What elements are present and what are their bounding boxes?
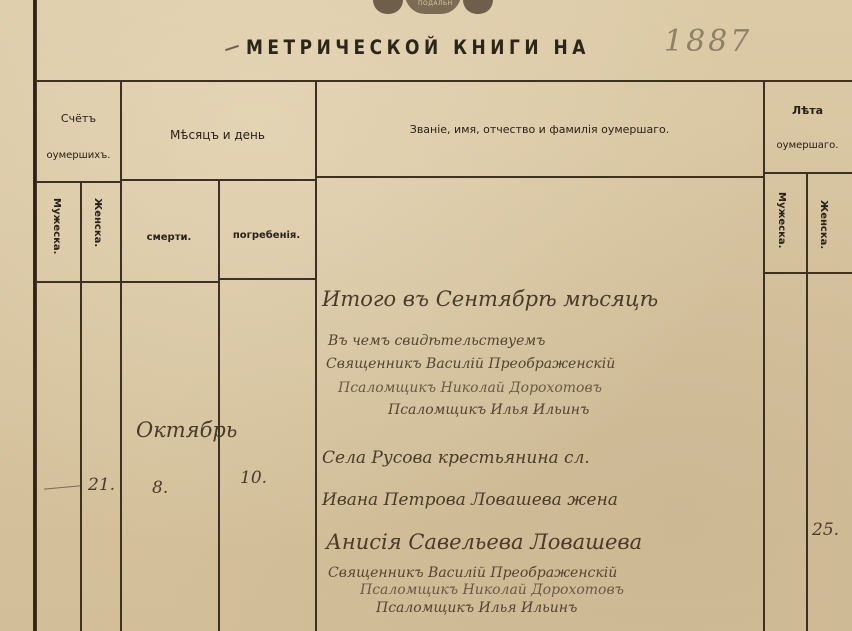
header-death: смерти. <box>120 232 218 243</box>
header-count-line1: Счётъ <box>37 112 120 125</box>
header-age-line2: оумершаго. <box>763 140 852 151</box>
column-divider <box>218 179 220 631</box>
header-count-male: Мужеска. <box>51 198 62 254</box>
emblem-icon <box>463 0 493 14</box>
margin-pen-mark <box>44 485 80 489</box>
header-bottom-rule <box>220 278 316 280</box>
signature-line: Священникъ Василій Преображенскій <box>328 565 617 581</box>
header-age-female: Женска. <box>818 200 829 249</box>
pen-mark <box>225 45 239 51</box>
page-title: МЕТРИЧЕСКОЙ КНИГИ НА <box>246 37 590 60</box>
column-divider <box>315 81 317 631</box>
header-bottom-rule <box>763 272 852 274</box>
signature-line: Псаломщикъ Николай Дорохотовъ <box>360 582 624 598</box>
header-split-rule <box>763 172 852 174</box>
header-age-line1: Лѣта <box>763 104 852 117</box>
entry-line: Ивана Петрова Ловашева жена <box>322 490 618 510</box>
register-page: ПОДАЛЬН МЕТРИЧЕСКОЙ КНИГИ НА 1887 Счётъ … <box>0 0 852 631</box>
emblem-icon <box>373 0 403 14</box>
entry-deceased-name: Анисія Савельева Ловашева <box>326 530 642 554</box>
header-age-male: Мужеска. <box>776 192 787 248</box>
header-month-day: Мѣсяцъ и день <box>120 128 315 142</box>
summary-line: Итого въ Сентябрѣ мѣсяцѣ <box>322 287 658 311</box>
column-divider <box>120 81 122 631</box>
column-divider <box>806 172 808 631</box>
signature-line: Священникъ Василій Преображенскій <box>326 356 615 372</box>
entry-month: Октябрь <box>136 418 237 442</box>
header-count-line2: оумершихъ. <box>37 150 120 161</box>
page-border-line <box>33 0 37 631</box>
entry-burial-day: 10. <box>240 468 267 488</box>
column-divider <box>80 181 82 631</box>
header-burial: погребенія. <box>218 230 315 241</box>
signature-line: Псаломщикъ Илья Ильинъ <box>388 402 589 418</box>
header-count-female: Женска. <box>92 198 103 247</box>
signature-line: Псаломщикъ Николай Дорохотовъ <box>338 380 602 396</box>
entry-age-female: 25. <box>812 520 839 540</box>
header-split-rule <box>316 176 763 178</box>
entry-death-day: 8. <box>152 478 168 498</box>
table-top-rule <box>37 80 852 82</box>
header-rank-name: Званіе, имя, отчество и фамилія оумершаг… <box>316 123 763 136</box>
header-bottom-rule <box>37 281 220 283</box>
handwritten-year: 1887 <box>664 24 752 59</box>
signature-line: Псаломщикъ Илья Ильинъ <box>376 600 577 616</box>
title-row: МЕТРИЧЕСКОЙ КНИГИ НА 1887 <box>0 30 852 70</box>
seal-text: ПОДАЛЬН <box>418 0 453 7</box>
header-split-rule <box>37 181 120 183</box>
entry-female-count: 21. <box>88 475 115 495</box>
column-divider <box>763 81 765 631</box>
entry-line: Села Русова крестьянина сл. <box>322 448 590 468</box>
summary-line: Въ чемъ свидѣтельствуемъ <box>328 333 545 349</box>
